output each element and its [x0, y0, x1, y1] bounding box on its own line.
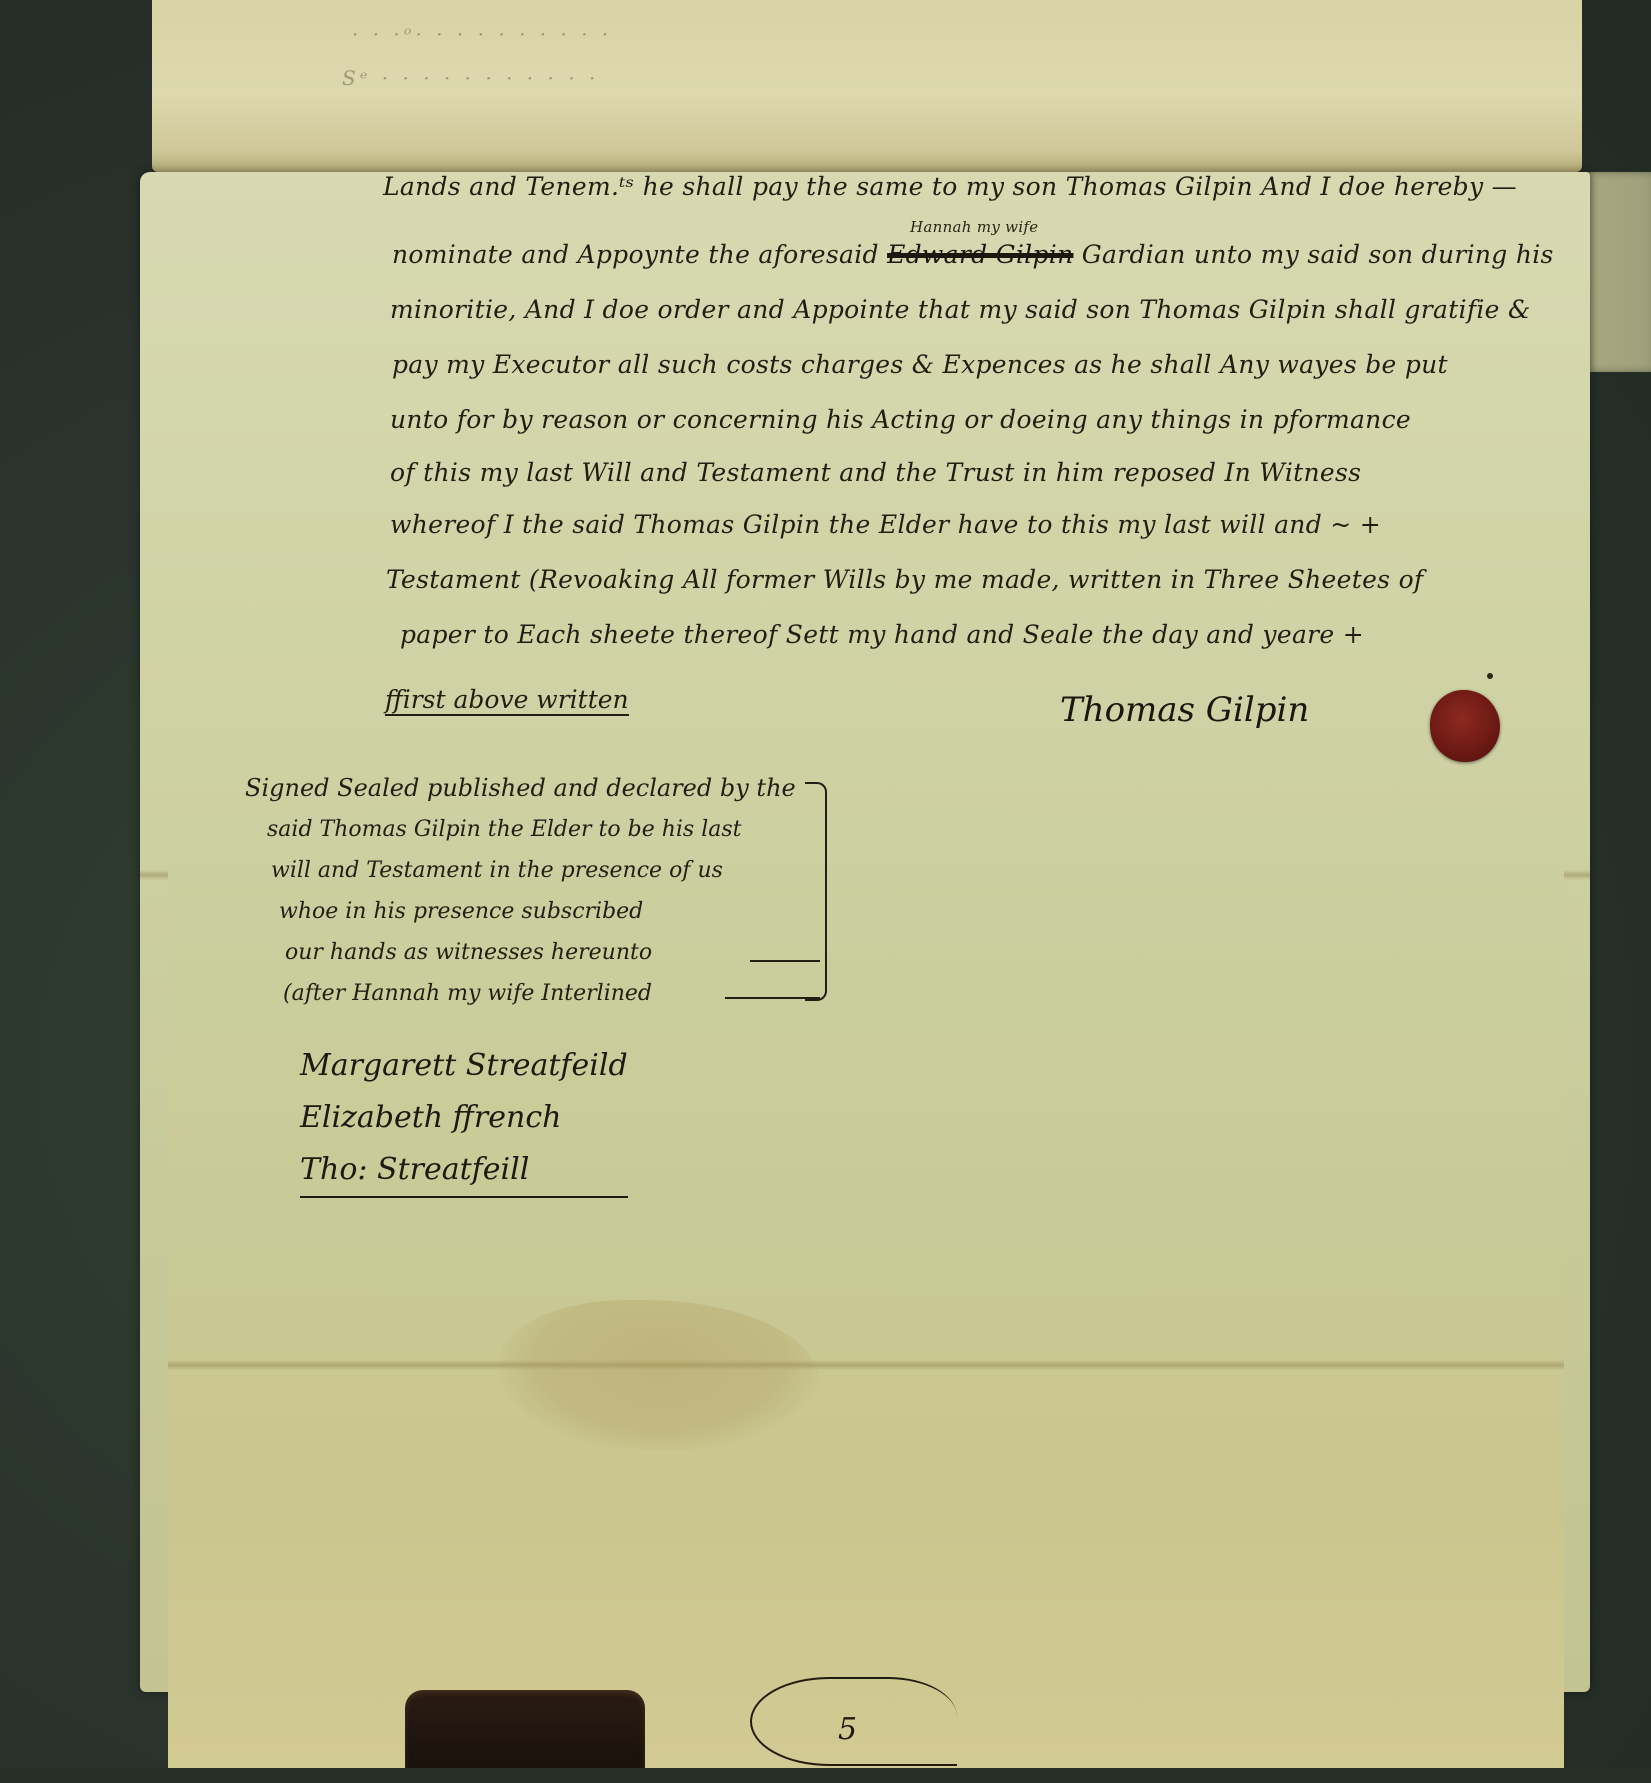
- fold-line: [168, 1360, 1564, 1370]
- red-wax-seal: [1430, 690, 1500, 762]
- will-line-8: Testament (Revoaking All former Wills by…: [386, 565, 1423, 594]
- will-line-3: minoritie, And I doe order and Appointe …: [390, 295, 1531, 324]
- testator-signature: Thomas Gilpin: [1060, 690, 1309, 730]
- attestation-bracket: [805, 782, 827, 1001]
- struck-through-name: Edward Gilpin: [887, 240, 1073, 269]
- first-above-written-text: ffirst above written: [385, 685, 629, 716]
- will-line-7: whereof I the said Thomas Gilpin the Eld…: [390, 510, 1381, 539]
- interlineation: Hannah my wife: [910, 218, 1038, 236]
- paper-side-tab: [1586, 172, 1651, 372]
- will-line-9: paper to Each sheete thereof Sett my han…: [400, 620, 1364, 649]
- witness-signatures: Margarett Streatfeild Elizabeth ffrench …: [300, 1040, 628, 1198]
- will-line-1: Lands and Tenem.ᵗˢ he shall pay the same…: [383, 172, 1517, 201]
- bracket-pointer: [725, 997, 820, 999]
- bracket-pointer: [750, 960, 820, 962]
- attestation-line: our hands as witnesses hereunto: [245, 932, 845, 973]
- attestation-line: (after Hannah my wife Interlined: [245, 973, 845, 1014]
- will-line-6: of this my last Will and Testament and t…: [390, 458, 1361, 487]
- attestation-clause: Signed Sealed published and declared by …: [245, 768, 845, 1014]
- attestation-line: Signed Sealed published and declared by …: [245, 768, 845, 809]
- bleed-through-text: Sᵉ · · · · · · · · · · ·: [342, 66, 1342, 90]
- attestation-line: whoe in his presence subscribed: [245, 891, 845, 932]
- page-number: 5: [838, 1712, 857, 1747]
- witness-signature: Margarett Streatfeild: [300, 1040, 628, 1092]
- bleed-through-text: · · ·ᵒ· · · · · · · · · ·: [352, 22, 1352, 46]
- witness-signature: Tho: Streatfeill: [300, 1144, 628, 1198]
- will-line-5: unto for by reason or concerning his Act…: [390, 405, 1411, 434]
- attestation-line: will and Testament in the presence of us: [245, 850, 845, 891]
- will-line-2-end: Gardian unto my said son during his: [1082, 240, 1554, 269]
- witness-signature: Elizabeth ffrench: [300, 1092, 628, 1144]
- first-above-written: ffirst above written: [385, 685, 629, 716]
- will-line-2: nominate and Appoynte the aforesaid Edwa…: [392, 240, 1554, 269]
- ink-dot: [1487, 673, 1493, 679]
- folded-top-flap: · · ·ᵒ· · · · · · · · · · Sᵉ · · · · · ·…: [152, 0, 1582, 172]
- will-line-2-start: nominate and Appoynte the aforesaid: [392, 240, 879, 269]
- attestation-line: said Thomas Gilpin the Elder to be his l…: [245, 809, 845, 850]
- will-line-4: pay my Executor all such costs charges &…: [392, 350, 1448, 379]
- backdrop-bottom-edge: [0, 1768, 1651, 1783]
